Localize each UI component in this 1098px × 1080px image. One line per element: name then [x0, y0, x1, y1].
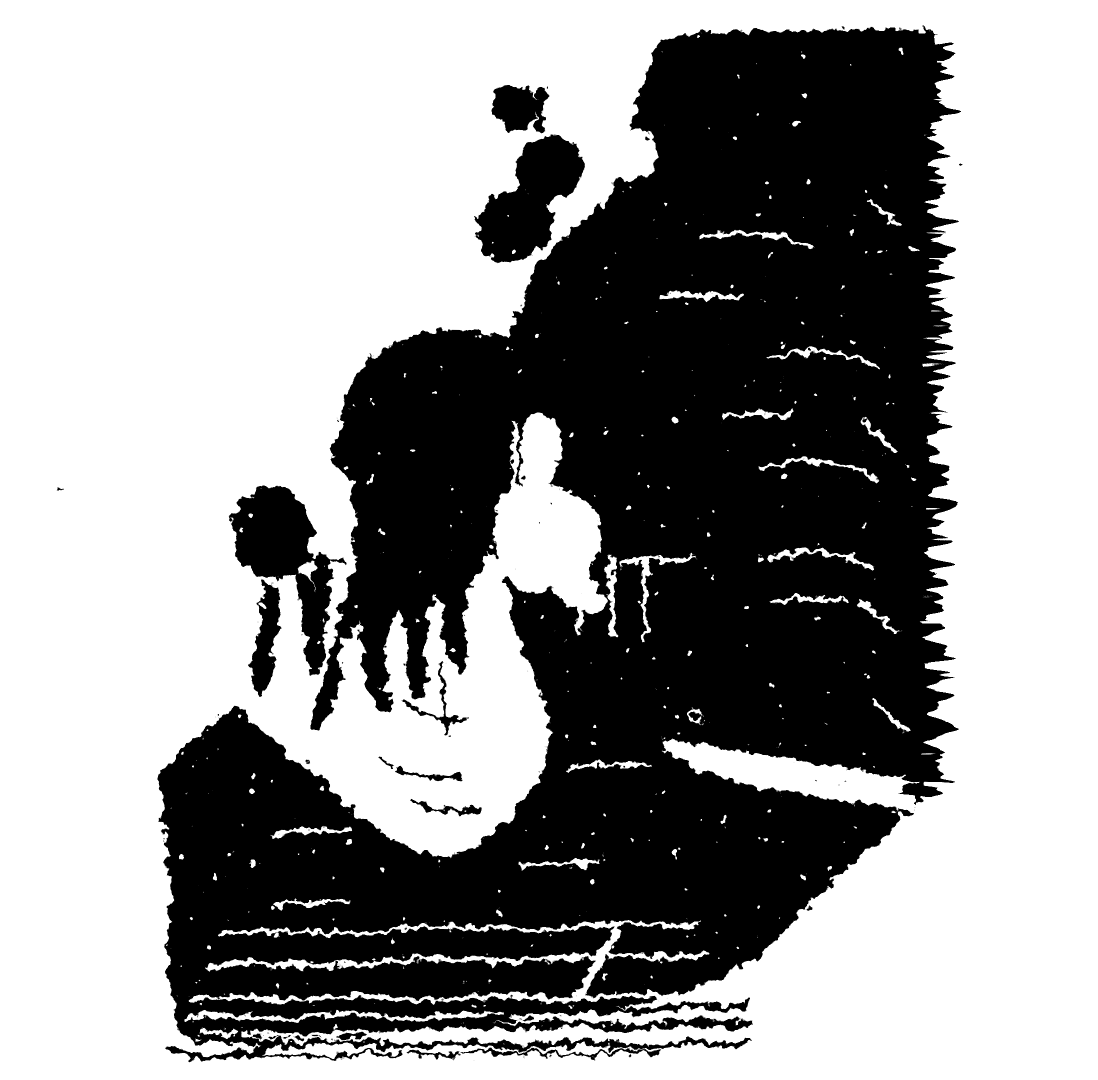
vert-gap-2: [542, 455, 544, 530]
ripple-white-3: [200, 1032, 690, 1037]
puff-lower: [478, 189, 553, 263]
gulf-wisp-1: [400, 700, 468, 719]
vert-gap-3: [578, 545, 580, 635]
gulf-wisp-2: [380, 760, 462, 778]
vert-gap-4: [611, 555, 613, 640]
halftone-scan: [0, 0, 1098, 1080]
stray-dot-left: [54, 484, 58, 488]
feather-edge-layer: [899, 34, 941, 800]
puff-top-strand: [535, 85, 545, 133]
stray-dot-right: [958, 163, 962, 167]
left-lobe: [310, 330, 520, 731]
feather-band: [899, 34, 941, 800]
vert-gap-5: [644, 560, 645, 640]
puff-top-small: [493, 85, 537, 131]
halftone-figure: [0, 0, 1098, 1080]
gulf-wisp-3: [410, 800, 482, 812]
ripple-black-fringe: [240, 1052, 662, 1057]
eddy-ring-dot: [693, 714, 698, 719]
left-puff: [232, 488, 313, 578]
gulf-wisp-4: [440, 660, 448, 735]
left-strand: [252, 582, 280, 695]
